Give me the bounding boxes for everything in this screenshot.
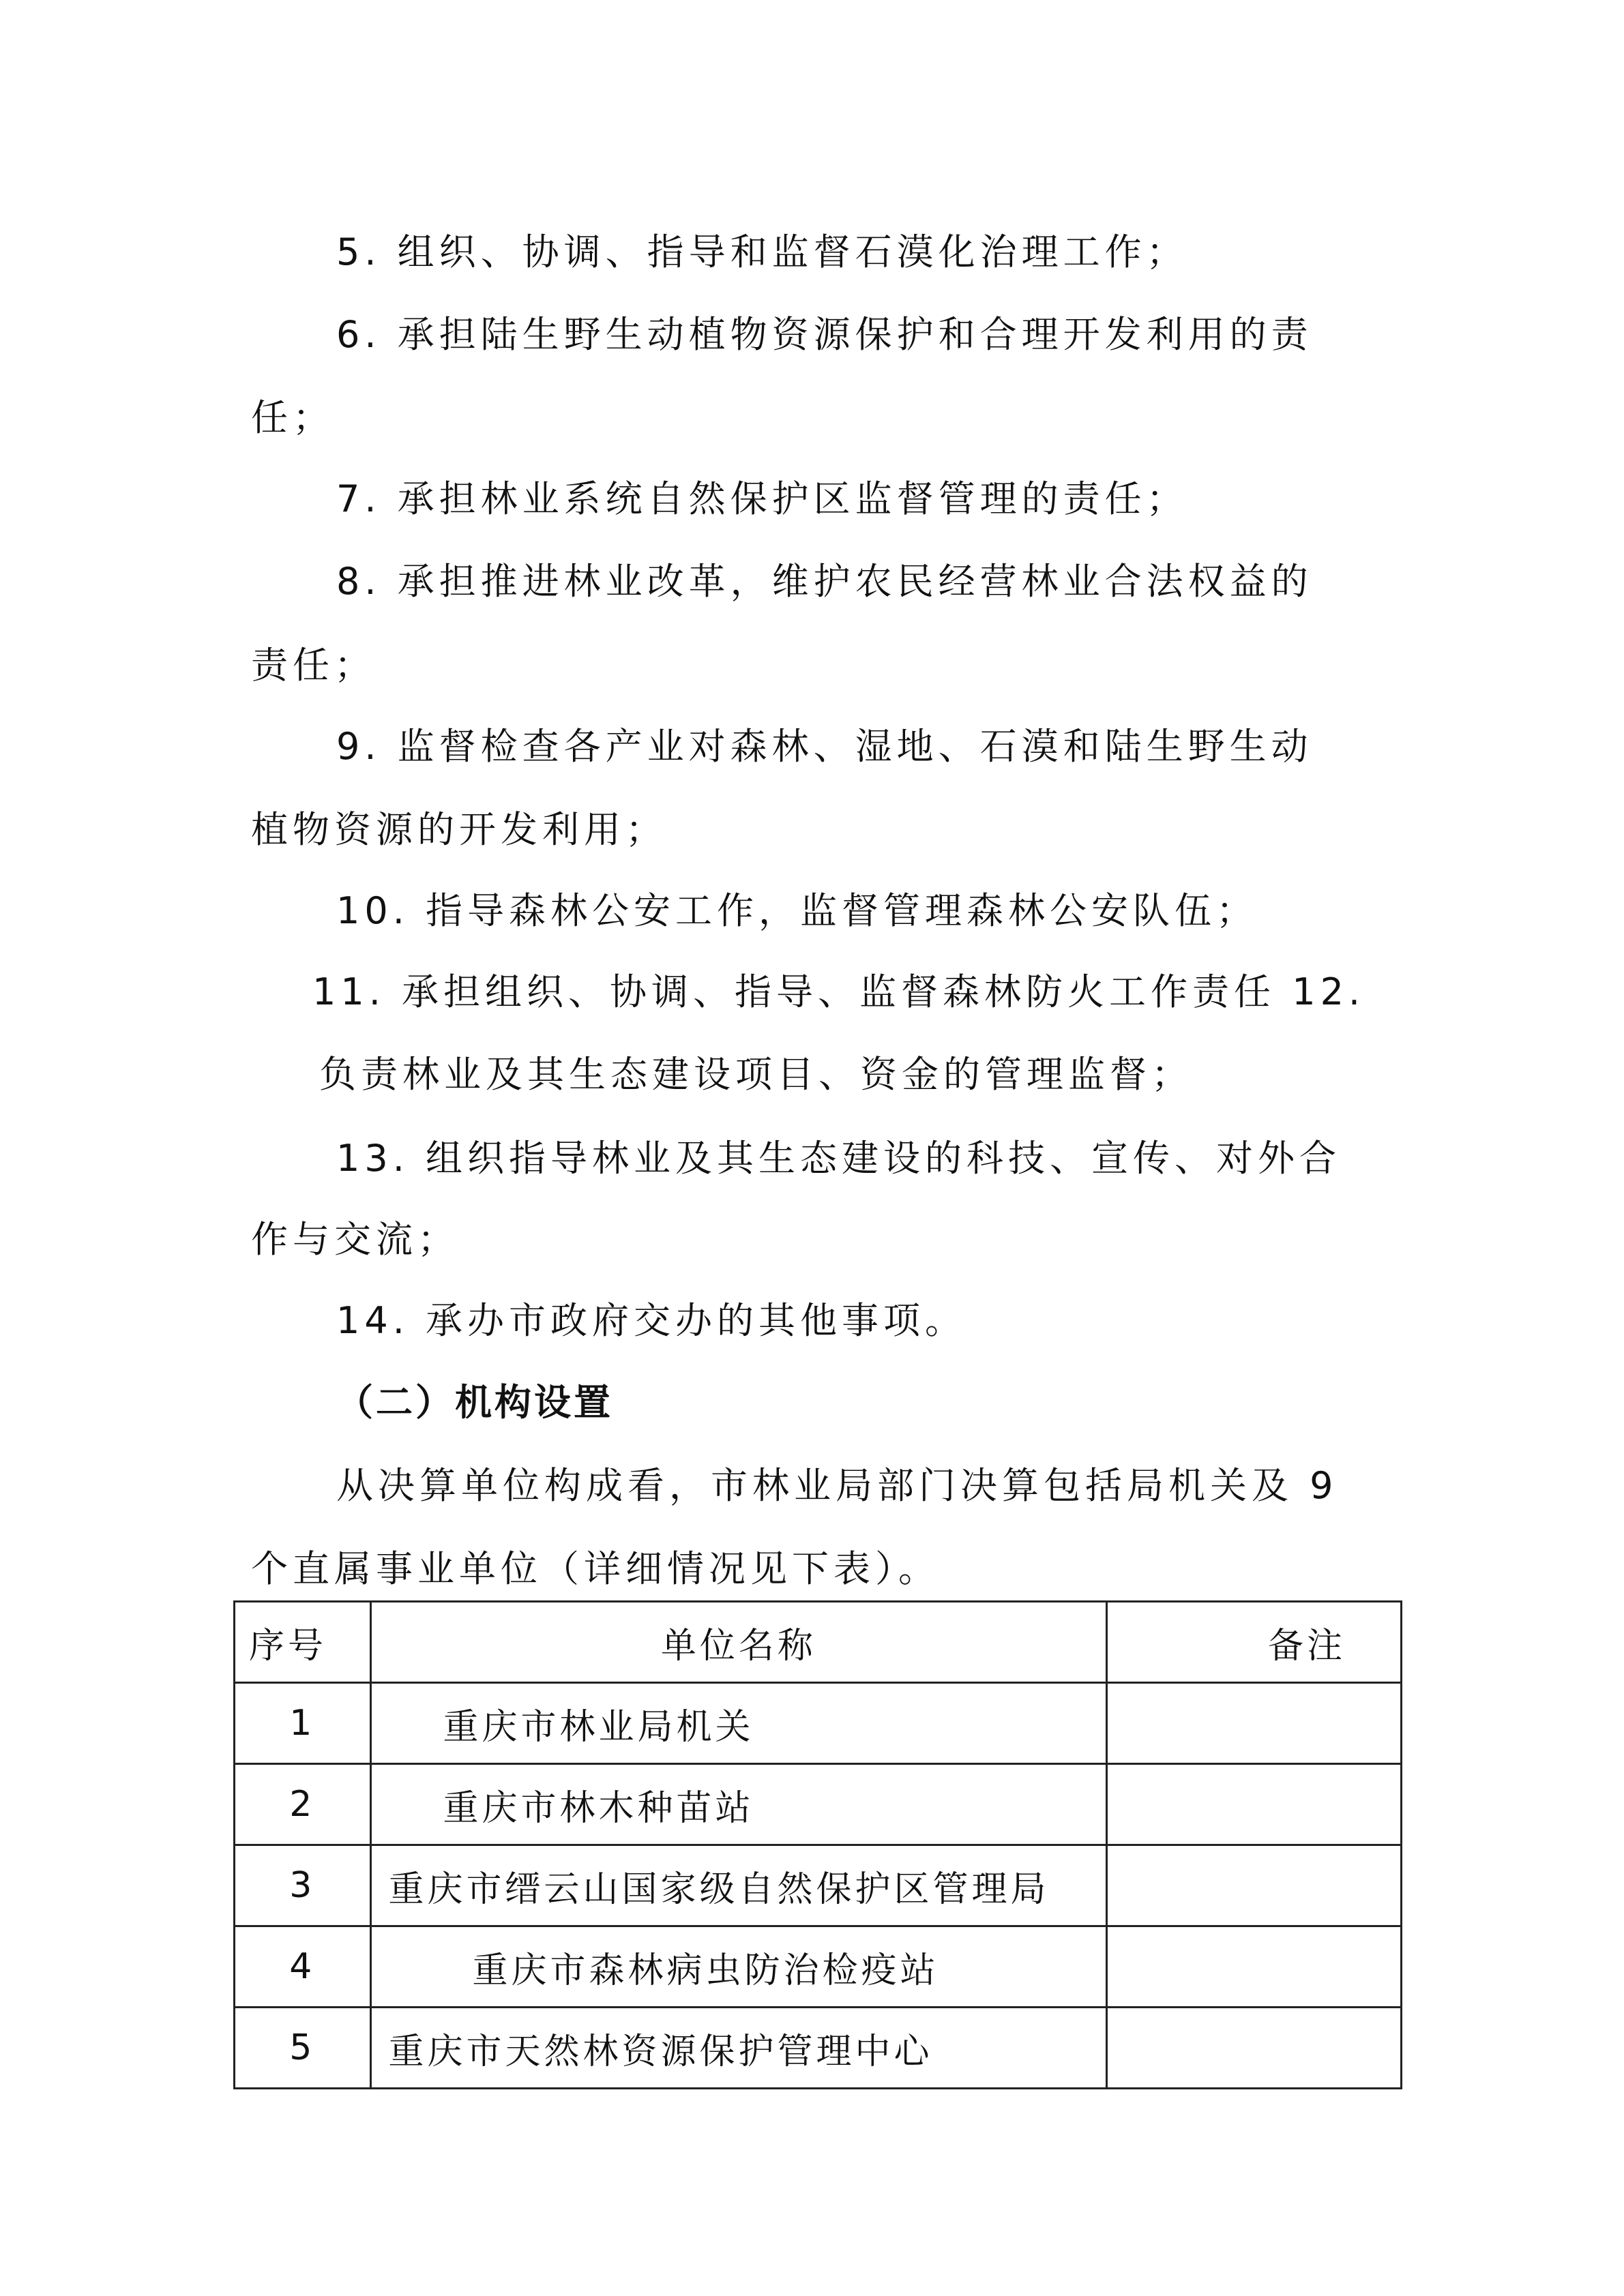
header-remarks: 备注	[1107, 1602, 1402, 1683]
paragraph-item-13-cont: 作与交流；	[251, 1216, 459, 1264]
table-row: 1 重庆市林业局机关	[235, 1683, 1402, 1764]
row-unit-name: 重庆市天然林资源保护管理中心	[370, 2008, 1107, 2089]
table-header-row: 序号 单位名称 备注	[235, 1602, 1402, 1683]
row-remarks	[1107, 1683, 1402, 1764]
paragraph-item-9: 9. 监督检查各产业对森林、湿地、石漠和陆生野生动	[336, 723, 1313, 771]
paragraph-item-10: 10. 指导森林公安工作，监督管理森林公安队伍；	[336, 887, 1258, 935]
paragraph-item-14: 14. 承办市政府交办的其他事项。	[336, 1297, 966, 1345]
paragraph-item-9-cont: 植物资源的开发利用；	[251, 806, 667, 854]
intro-paragraph-line-1: 从决算单位构成看，市林业局部门决算包括局机关及 9	[336, 1462, 1338, 1510]
intro-paragraph-line-2: 个直属事业单位（详细情况见下表）。	[251, 1545, 940, 1593]
row-remarks	[1107, 1845, 1402, 1926]
row-remarks	[1107, 1764, 1402, 1845]
section-heading: （二）机构设置	[336, 1379, 613, 1427]
table-row: 5 重庆市天然林资源保护管理中心	[235, 2008, 1402, 2089]
table-row: 3 重庆市缙云山国家级自然保护区管理局	[235, 1845, 1402, 1926]
row-number: 1	[235, 1683, 371, 1764]
row-number: 2	[235, 1764, 371, 1845]
row-unit-name: 重庆市林木种苗站	[370, 1764, 1107, 1845]
paragraph-item-8: 8. 承担推进林业改革，维护农民经营林业合法权益的	[336, 558, 1313, 606]
paragraph-item-5: 5. 组织、协调、指导和监督石漠化治理工作；	[336, 228, 1188, 276]
table-row: 4 重庆市森林病虫防治检疫站	[235, 1926, 1402, 2008]
row-number: 3	[235, 1845, 371, 1926]
row-number: 4	[235, 1926, 371, 2008]
row-remarks	[1107, 2008, 1402, 2089]
row-number: 5	[235, 2008, 371, 2089]
row-unit-name: 重庆市林业局机关	[370, 1683, 1107, 1764]
paragraph-item-13: 13. 组织指导林业及其生态建设的科技、宣传、对外合	[336, 1135, 1341, 1182]
paragraph-item-7: 7. 承担林业系统自然保护区监督管理的责任；	[336, 475, 1188, 523]
paragraph-item-11: 11. 承担组织、协调、指导、监督森林防火工作责任 12.	[312, 968, 1365, 1016]
paragraph-item-6-cont: 任；	[251, 394, 334, 442]
table-row: 2 重庆市林木种苗站	[235, 1764, 1402, 1845]
row-remarks	[1107, 1926, 1402, 2008]
header-number: 序号	[235, 1602, 371, 1683]
row-unit-name: 重庆市森林病虫防治检疫站	[370, 1926, 1107, 2008]
paragraph-item-8-cont: 责任；	[251, 642, 376, 689]
paragraph-item-6: 6. 承担陆生野生动植物资源保护和合理开发利用的责	[336, 311, 1313, 359]
row-unit-name: 重庆市缙云山国家级自然保护区管理局	[370, 1845, 1107, 1926]
header-unit-name: 单位名称	[370, 1602, 1107, 1683]
units-table: 序号 单位名称 备注 1 重庆市林业局机关 2 重庆市林木种苗站 3 重庆市缙云…	[233, 1600, 1402, 2089]
paragraph-item-12: 负责林业及其生态建设项目、资金的管理监督；	[319, 1051, 1193, 1099]
